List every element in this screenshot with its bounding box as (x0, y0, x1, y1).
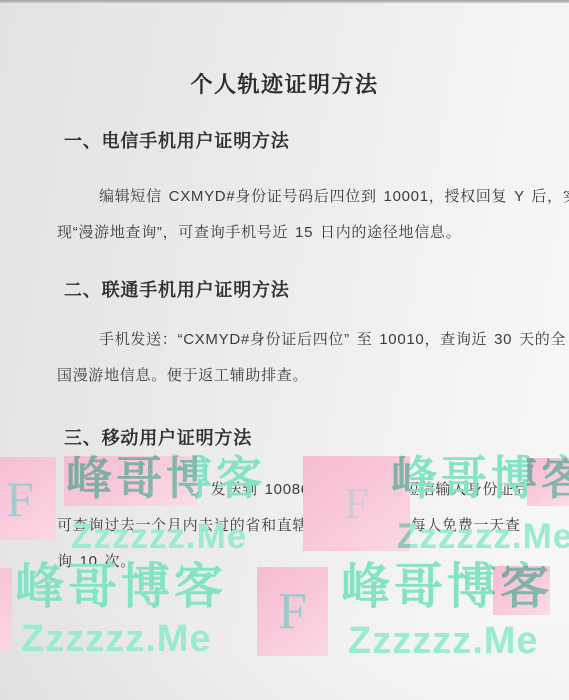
section-2-line-2: 国漫游地信息。便于返工辅助排查。 (57, 364, 308, 385)
document-title: 个人轨迹证明方法 (0, 68, 569, 99)
section-3-line-2: 可查询过去一个月内去过的省和直辖市（无地市）。每人免费一天查 (57, 514, 521, 535)
document-page: 个人轨迹证明方法 一、电信手机用户证明方法 编辑短信 CXMYD#身份证号码后四… (0, 0, 569, 700)
document-photo: 个人轨迹证明方法 一、电信手机用户证明方法 编辑短信 CXMYD#身份证号码后四… (0, 0, 569, 700)
section-2-heading: 二、联通手机用户证明方法 (64, 276, 290, 302)
section-3-line-1: 编写 CXMYD，发送到 10086，再依据回复短信输入身份证后四位， (99, 478, 569, 499)
section-1-line-2: 现“漫游地查询”，可查询手机号近 15 日内的途径地信息。 (57, 221, 461, 242)
section-3-heading: 三、移动用户证明方法 (64, 424, 252, 450)
section-1-heading: 一、电信手机用户证明方法 (64, 127, 290, 153)
section-3-line-3: 询 10 次。 (57, 550, 136, 571)
section-1-line-1: 编辑短信 CXMYD#身份证号码后四位到 10001，授权回复 Y 后，实 (99, 185, 569, 206)
section-2-line-1: 手机发送：“CXMYD#身份证后四位” 至 10010，查询近 30 天的全 (99, 328, 566, 349)
